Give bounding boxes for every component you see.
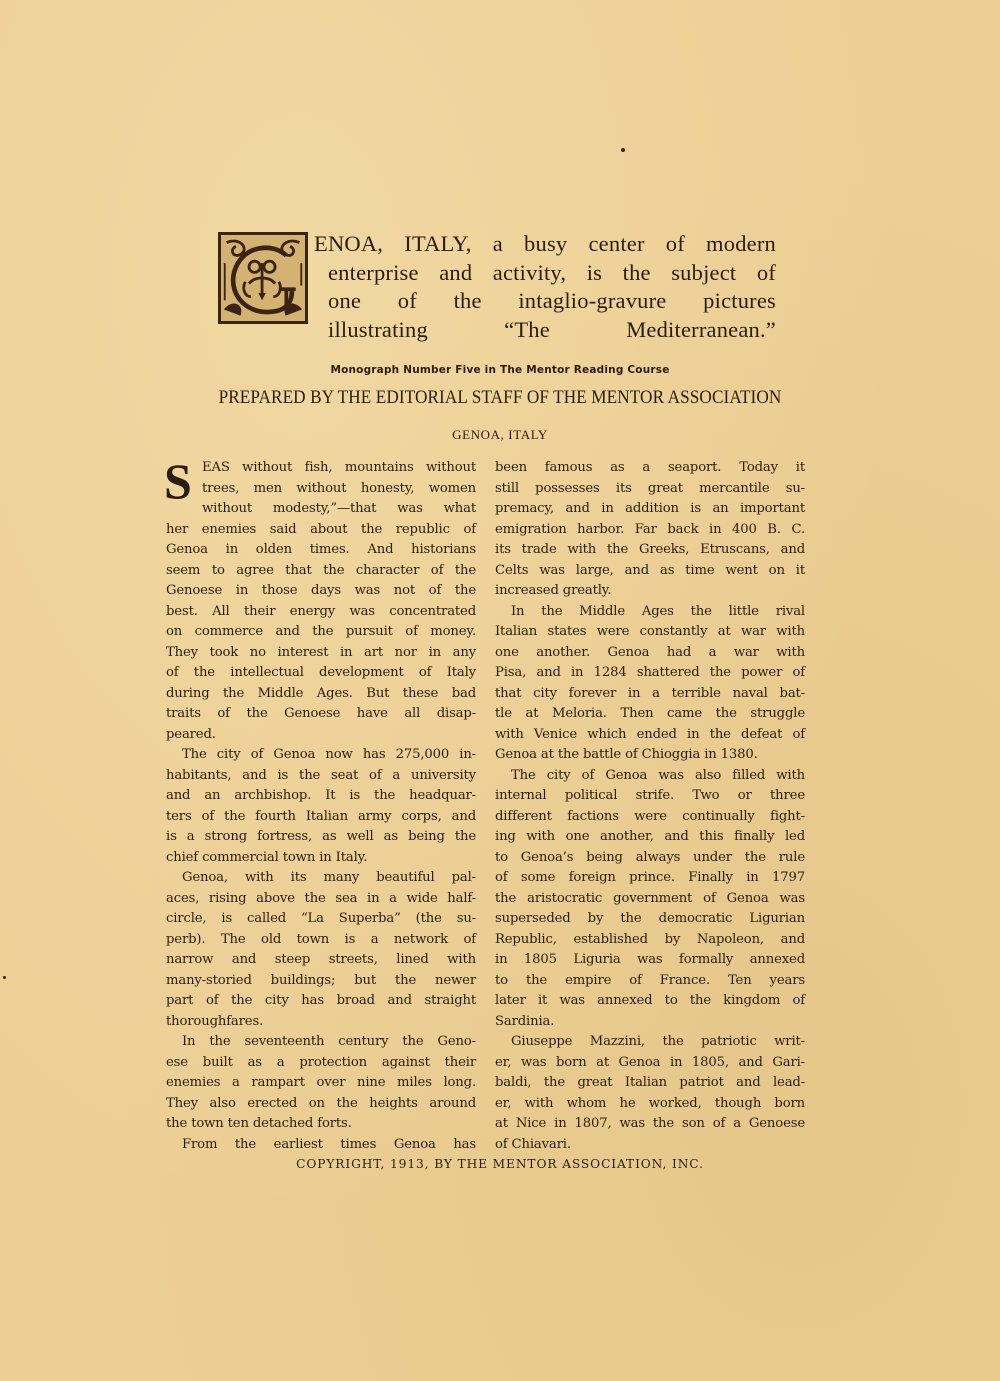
text-line: chief commercial town in Italy.	[166, 848, 476, 869]
text-line: is a strong fortress, as well as being t…	[166, 827, 476, 848]
text-line: premacy, and in addition is an important	[495, 499, 805, 520]
text-line: Celts was large, and as time went on it	[495, 561, 805, 582]
text-line: In the seventeenth century the Geno-	[166, 1032, 476, 1053]
text-line: Giuseppe Mazzini, the patriotic writ-	[495, 1032, 805, 1053]
text-line: EAS without fish, mountains without	[166, 458, 476, 479]
copyright-notice: COPYRIGHT, 1913, BY THE MENTOR ASSOCIATI…	[0, 1157, 1000, 1171]
text-line: er, with whom he worked, though born	[495, 1094, 805, 1115]
text-line: peared.	[166, 725, 476, 746]
text-line: ese built as a protection against their	[166, 1053, 476, 1074]
text-line: without modesty,”—that was what	[166, 499, 476, 520]
intro-line: enterprise and activity, is the subject …	[314, 259, 776, 288]
text-line: one another. Genoa had a war with	[495, 643, 805, 664]
text-line: different factions were continually figh…	[495, 807, 805, 828]
text-line: internal political strife. Two or three	[495, 786, 805, 807]
text-line: best. All their energy was concentrated	[166, 602, 476, 623]
text-line: The city of Genoa now has 275,000 in-	[166, 745, 476, 766]
text-line: her enemies said about the republic of	[166, 520, 476, 541]
intro-line: illustrating “The Mediterranean.”	[314, 316, 776, 345]
intro-line: one of the intaglio-gravure pictures	[314, 287, 776, 316]
text-line: enemies a rampart over nine miles long.	[166, 1073, 476, 1094]
prepared-by-heading: PREPARED BY THE EDITORIAL STAFF OF THE M…	[35, 388, 965, 409]
text-line: They took no interest in art nor in any	[166, 643, 476, 664]
text-line: aces, rising above the sea in a wide hal…	[166, 889, 476, 910]
text-line: traits of the Genoese have all disap-	[166, 704, 476, 725]
text-line: thoroughfares.	[166, 1012, 476, 1033]
text-line: er, was born at Genoa in 1805, and Gari-	[495, 1053, 805, 1074]
text-line: Genoa, with its many beautiful pal-	[166, 868, 476, 889]
drop-cap: S	[164, 458, 192, 504]
text-line: Republic, established by Napoleon, and	[495, 930, 805, 951]
text-line: during the Middle Ages. But these bad	[166, 684, 476, 705]
text-line: part of the city has broad and straight	[166, 991, 476, 1012]
text-line: ing with one another, and this finally l…	[495, 827, 805, 848]
article-column-right: been famous as a seaport. Today it still…	[495, 458, 805, 1155]
document-page: ENOA, ITALY, a busy center of modern ent…	[0, 0, 1000, 1381]
text-line: to Genoa’s being always under the rule	[495, 848, 805, 869]
text-line: They also erected on the heights around	[166, 1094, 476, 1115]
text-line: of the intellectual development of Italy	[166, 663, 476, 684]
text-line: that city forever in a terrible naval ba…	[495, 684, 805, 705]
text-line: its trade with the Greeks, Etruscans, an…	[495, 540, 805, 561]
text-line: tle at Meloria. Then came the struggle	[495, 704, 805, 725]
text-line: circle, is called “La Superba” (the su-	[166, 909, 476, 930]
text-line: been famous as a seaport. Today it	[495, 458, 805, 479]
text-line: Pisa, and in 1284 shattered the power of	[495, 663, 805, 684]
text-line: perb). The old town is a network of	[166, 930, 476, 951]
text-line: emigration harbor. Far back in 400 B. C.	[495, 520, 805, 541]
text-line: narrow and steep streets, lined with	[166, 950, 476, 971]
ornamental-initial-icon	[218, 232, 308, 324]
text-line: From the earliest times Genoa has	[166, 1135, 476, 1156]
section-title: GENOA, ITALY	[0, 427, 1000, 443]
intro-paragraph: ENOA, ITALY, a busy center of modern ent…	[314, 230, 776, 344]
text-line: Sardinia.	[495, 1012, 805, 1033]
text-line: the town ten detached forts.	[166, 1114, 476, 1135]
text-line: of Chiavari.	[495, 1135, 805, 1156]
text-line: baldi, the great Italian patriot and lea…	[495, 1073, 805, 1094]
text-line: of some foreign prince. Finally in 1797	[495, 868, 805, 889]
text-line: the aristocratic government of Genoa was	[495, 889, 805, 910]
text-line: The city of Genoa was also filled with	[495, 766, 805, 787]
text-line: In the Middle Ages the little rival	[495, 602, 805, 623]
ink-speck	[3, 976, 6, 979]
text-line: Genoa at the battle of Chioggia in 1380.	[495, 745, 805, 766]
text-line: habitants, and is the seat of a universi…	[166, 766, 476, 787]
text-line: later it was annexed to the kingdom of	[495, 991, 805, 1012]
monograph-subheading: Monograph Number Five in The Mentor Read…	[0, 364, 1000, 376]
text-line: in 1805 Liguria was formally annexed	[495, 950, 805, 971]
text-line: superseded by the democratic Ligurian	[495, 909, 805, 930]
text-line: on commerce and the pursuit of money.	[166, 622, 476, 643]
intro-line: ENOA, ITALY, a busy center of modern	[314, 230, 776, 259]
text-line: at Nice in 1807, was the son of a Genoes…	[495, 1114, 805, 1135]
text-line: still possesses its great mercantile su-	[495, 479, 805, 500]
text-line: seem to agree that the character of the	[166, 561, 476, 582]
text-line: Italian states were constantly at war wi…	[495, 622, 805, 643]
article-column-left: S EAS without fish, mountains without tr…	[166, 458, 476, 1155]
ink-speck	[621, 148, 625, 152]
text-line: trees, men without honesty, women	[166, 479, 476, 500]
text-line: many-storied buildings; but the newer	[166, 971, 476, 992]
intro-block: ENOA, ITALY, a busy center of modern ent…	[218, 230, 778, 330]
text-line: ters of the fourth Italian army corps, a…	[166, 807, 476, 828]
text-line: Genoa in olden times. And historians	[166, 540, 476, 561]
text-line: with Venice which ended in the defeat of	[495, 725, 805, 746]
text-line: increased greatly.	[495, 581, 805, 602]
text-line: Genoese in those days was not of the	[166, 581, 476, 602]
text-line: to the empire of France. Ten years	[495, 971, 805, 992]
text-line: and an archbishop. It is the headquar-	[166, 786, 476, 807]
